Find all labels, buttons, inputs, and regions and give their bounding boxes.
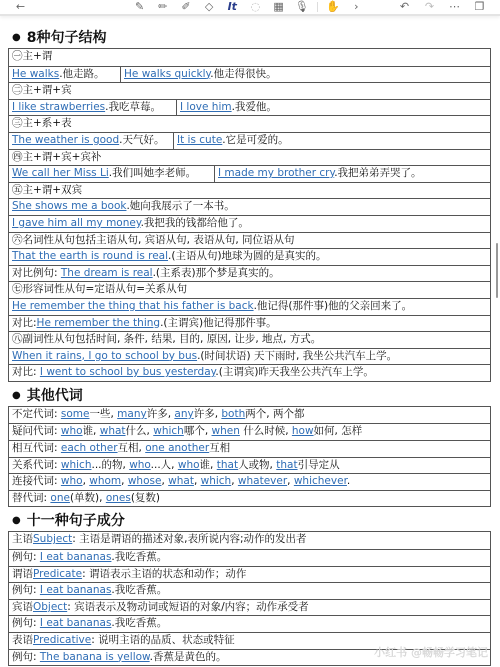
pen-icon[interactable]: ✎ — [132, 1, 148, 13]
pronoun-meaning: (复数) — [131, 492, 160, 504]
pronoun-meaning: 一些, — [89, 408, 117, 420]
structure-heading: ㊂主+系+表 — [9, 116, 72, 132]
pronoun-link[interactable]: who — [178, 459, 200, 471]
pronoun-link[interactable]: any — [174, 408, 193, 420]
pronoun-link[interactable]: which — [61, 459, 92, 471]
pronoun-link[interactable]: some — [61, 408, 90, 420]
toolbar-right: ↶ ↷ ⋯ ❐ — [392, 0, 492, 14]
table-row: We call her Miss Li.我们叫她李老师。 I made my b… — [9, 165, 490, 182]
more-icon[interactable]: ⋯ — [447, 1, 463, 13]
table-row: 对比:He remember the thing.(主谓宾)他记得那件事。 — [9, 315, 490, 332]
bullet-icon: ● — [12, 515, 21, 526]
example-translation: .(主系表)那个梦是真实的。 — [153, 267, 280, 279]
table-row: ㊇副词性从句包括时间, 条件, 结果, 目的, 原因, 让步, 地点, 方式。 — [9, 331, 490, 348]
pronoun-row-cell: 不定代词: some一些, many许多, any许多, both两个, 两个都 — [9, 407, 304, 424]
microphone-icon[interactable]: 🎙 — [294, 1, 310, 13]
example-label: 例句: — [12, 651, 40, 663]
table-row: When it rains, I go to school by bus.(时间… — [9, 348, 490, 365]
table-row: 对比例句: The dream is real.(主系表)那个梦是真实的。 — [9, 265, 490, 282]
pronoun-link[interactable]: whose — [128, 475, 162, 487]
example-translation: .香蕉是黄色的。 — [150, 651, 227, 663]
pronoun-link[interactable]: one another — [145, 442, 209, 454]
pronoun-meaning: 谁, — [83, 425, 100, 437]
component-description: : 宾语表示及物动词或短语的对象/内容；动作承受者 — [67, 601, 308, 613]
table-row: He remember the thing that his father is… — [9, 298, 490, 315]
table-row: 例句: I eat bananas.我吃香蕉。 — [9, 615, 490, 632]
structure-heading: ㊅名词性从句包括主语从句, 宾语从句, 表语从句, 同位语从句 — [9, 233, 295, 249]
table-row: 替代词: one(单数), ones(复数) — [9, 490, 490, 507]
example-link[interactable]: I eat bananas — [40, 584, 112, 596]
text-tool-icon[interactable]: It — [224, 1, 240, 13]
example-translation: .我把弟弟弄哭了。 — [334, 167, 421, 179]
example-translation: .他走路。 — [59, 68, 104, 80]
pronoun-link[interactable]: many — [117, 408, 147, 420]
example-translation: .我吃香蕉。 — [111, 551, 167, 563]
pronoun-row-cell: 相互代词: each other互相, one another互相 — [9, 441, 230, 457]
example-cell: I love him.我爱他。 — [176, 100, 490, 116]
example-link[interactable]: I made my brother cry — [218, 167, 334, 179]
pronoun-link[interactable]: whatever — [238, 475, 287, 487]
pronoun-link[interactable]: that — [217, 459, 238, 471]
pronoun-meaning: , — [121, 475, 128, 487]
example-cell: He walks quickly.他走得很快。 — [120, 67, 490, 83]
pronoun-link[interactable]: which — [201, 475, 232, 487]
component-description: : 说明主语的品质、状态或特征 — [91, 634, 234, 646]
table-row: 谓语Predicate: 谓语表示主语的状态和动作；动作 — [9, 566, 490, 583]
table-row: ㊆形容词性从句=定语从句=关系从句 — [9, 281, 490, 298]
pronoun-meaning: 引导定从 — [298, 459, 340, 471]
pronoun-meaning: 如何, 怎样 — [314, 425, 363, 437]
component-label: 谓语 — [12, 568, 33, 580]
example-link[interactable]: That the earth is round is real — [12, 250, 168, 262]
table-row: 例句: I eat bananas.我吃香蕉。 — [9, 582, 490, 599]
pronoun-link[interactable]: who — [61, 475, 83, 487]
example-translation: .她向我展示了一本书。 — [126, 200, 234, 212]
example-link[interactable]: He remember the thing that his father is… — [12, 300, 254, 312]
hand-icon[interactable]: ✋ — [325, 1, 341, 13]
example-cell: I made my brother cry.我把弟弟弄哭了。 — [214, 166, 490, 182]
pronoun-meaning: . — [347, 475, 350, 487]
pronoun-category-label: 不定代词: — [12, 408, 61, 420]
pronoun-link[interactable]: whom — [89, 475, 121, 487]
example-cell: I like strawberries.我吃草莓。 — [9, 100, 176, 116]
component-link[interactable]: Predicative — [33, 634, 91, 646]
example-translation: .天气好。 — [119, 134, 164, 146]
table-row: ㊅名词性从句包括主语从句, 宾语从句, 表语从句, 同位语从句 — [9, 232, 490, 249]
structure-heading: ㊃主+谓+宾+宾补 — [9, 150, 101, 166]
structure-heading: ㊀主+谓 — [9, 49, 52, 66]
pronoun-link[interactable]: both — [221, 408, 245, 420]
table-row: ㊃主+谓+宾+宾补 — [9, 149, 490, 166]
component-link[interactable]: Object — [33, 601, 67, 613]
example-cell: The weather is good.天气好。 — [9, 133, 173, 149]
table-row: 疑问代词: who谁, what什么, which哪个, when 什么时候, … — [9, 423, 490, 440]
component-link[interactable]: Predicate — [33, 568, 82, 580]
pencil-icon[interactable]: ✏ — [155, 1, 171, 13]
structure-heading: ㊇副词性从句包括时间, 条件, 结果, 目的, 原因, 让步, 地点, 方式。 — [9, 332, 321, 348]
table-row: ㊄主+谓+双宾 — [9, 182, 490, 199]
table-row: I gave him all my money.我把我的钱都给他了。 — [9, 215, 490, 232]
component-description: : 谓语表示主语的状态和动作；动作 — [82, 568, 246, 580]
table-row: The weather is good.天气好。 It is cute.它是可爱… — [9, 132, 490, 149]
pronoun-link[interactable]: that — [276, 459, 297, 471]
redo-icon[interactable]: ↷ — [422, 1, 438, 13]
table-row: 相互代词: each other互相, one another互相 — [9, 440, 490, 457]
bullet-icon: ● — [12, 32, 21, 43]
structure-heading: ㊁主+谓+宾 — [9, 83, 72, 99]
pronoun-category-label: 连接代词: — [12, 475, 61, 487]
table-row: She shows me a book.她向我展示了一本书。 — [9, 198, 490, 215]
example-translation: .我爱他。 — [232, 101, 277, 113]
pronoun-table: 不定代词: some一些, many许多, any许多, both两个, 两个都… — [8, 406, 491, 508]
table-row: That the earth is round is real.(主语从句)地球… — [9, 248, 490, 265]
table-row: 关系代词: which...的物, who...人, who谁, that人或物… — [9, 457, 490, 474]
table-row: He walks.他走路。 He walks quickly.他走得很快。 — [9, 66, 490, 83]
example-link[interactable]: She shows me a book — [12, 200, 126, 212]
image-icon[interactable]: ▦ — [271, 1, 287, 13]
table-row: 主语Subject: 主语是谓语的描述对象,表所说内容;动作的发出者 — [9, 532, 490, 549]
pronoun-meaning: 人或物, — [238, 459, 276, 471]
pronoun-link[interactable]: each other — [61, 442, 118, 454]
chevron-right-icon[interactable]: › — [348, 1, 364, 13]
pronoun-category-label: 关系代词: — [12, 459, 61, 471]
pronoun-meaning: 互相, — [118, 442, 146, 454]
pronoun-row-cell: 连接代词: who, whom, whose, what, which, wha… — [9, 474, 350, 490]
example-translation: .我吃香蕉。 — [111, 617, 167, 629]
example-translation: .他走得很快。 — [210, 68, 276, 80]
example-translation: .他记得(那件事)他的父亲回来了。 — [254, 300, 413, 312]
pronoun-meaning: ...人, — [151, 459, 178, 471]
pronoun-category-label: 相互代词: — [12, 442, 61, 454]
component-label: 表语 — [12, 634, 33, 646]
pronoun-link[interactable]: whichever — [294, 475, 347, 487]
example-label: 例句: — [12, 551, 40, 563]
example-translation: .我吃香蕉。 — [111, 584, 167, 596]
pronoun-meaning: 两个, 两个都 — [245, 408, 304, 420]
pronoun-meaning: 许多, — [194, 408, 222, 420]
pronoun-link[interactable]: which — [153, 425, 184, 437]
pronoun-link[interactable]: what — [168, 475, 194, 487]
table-row: 例句: I eat bananas.我吃香蕉。 — [9, 549, 490, 566]
example-link[interactable]: The dream is real — [61, 267, 153, 279]
component-label: 主语 — [12, 533, 33, 545]
pronoun-meaning: , — [194, 475, 201, 487]
example-cell: It is cute.它是可爱的。 — [173, 133, 490, 149]
component-label: 宾语 — [12, 601, 33, 613]
undo-icon[interactable]: ↶ — [397, 1, 413, 13]
example-translation: .它是可爱的。 — [222, 134, 288, 146]
example-link[interactable]: The weather is good — [12, 134, 119, 146]
example-translation: .(主谓宾)昨天我坐公共汽车上学。 — [215, 366, 374, 378]
pronoun-link[interactable]: how — [292, 425, 314, 437]
example-link[interactable]: I eat bananas — [40, 551, 112, 563]
pronoun-meaning: 许多, — [147, 408, 175, 420]
table-row: I like strawberries.我吃草莓。 I love him.我爱他… — [9, 99, 490, 116]
table-row: 不定代词: some一些, many许多, any许多, both两个, 两个都 — [9, 407, 490, 424]
section-title-other-pronouns: ●其他代词 — [8, 385, 492, 406]
example-link[interactable]: He walks — [12, 68, 59, 80]
pronoun-link[interactable]: who — [61, 425, 83, 437]
table-row: ㊀主+谓 — [9, 49, 490, 66]
pronoun-link[interactable]: when — [212, 425, 240, 437]
compare-label: 对比例句: — [12, 267, 61, 279]
top-toolbar: ← ✎ ✏ ✐ ◇ It ◌ ▦ 🎙 ✋ › ↶ ↷ ⋯ ❐ — [0, 0, 500, 16]
table-row: ㊂主+系+表 — [9, 115, 490, 132]
example-link[interactable]: I went to school by bus yesterday — [40, 366, 216, 378]
note-content: ●8种句子结构 ㊀主+谓 He walks.他走路。 He walks quic… — [8, 27, 492, 666]
example-cell: We call her Miss Li.我们叫她李老师。 — [9, 166, 214, 182]
toolbar-divider — [317, 2, 318, 12]
table-row: 连接代词: who, whom, whose, what, which, wha… — [9, 473, 490, 490]
pages-icon[interactable]: ❐ — [472, 1, 488, 13]
compare-label: 对比: — [12, 366, 40, 378]
example-translation: .我把我的钱都给他了。 — [141, 217, 249, 229]
table-row: 对比: I went to school by bus yesterday.(主… — [9, 364, 490, 381]
example-link[interactable]: He remember the thing — [37, 317, 161, 329]
example-link[interactable]: He walks quickly — [124, 68, 210, 80]
bullet-icon: ● — [12, 390, 21, 401]
pronoun-row-cell: 疑问代词: who谁, what什么, which哪个, when 什么时候, … — [9, 424, 362, 440]
example-label: 例句: — [12, 617, 40, 629]
pronoun-link[interactable]: ones — [106, 492, 131, 504]
pronoun-meaning: 互相 — [209, 442, 230, 454]
watermark: 小红书 @畅畅学习笔记 — [374, 644, 488, 660]
example-link[interactable]: It is cute — [177, 134, 222, 146]
pronoun-meaning: , — [287, 475, 294, 487]
pronoun-category-label: 疑问代词: — [12, 425, 61, 437]
example-link[interactable]: We call her Miss Li — [12, 167, 109, 179]
example-translation: .我们叫她李老师。 — [109, 167, 196, 179]
structure-heading: ㊄主+谓+双宾 — [9, 183, 82, 199]
pronoun-meaning: 什么时候, — [240, 425, 292, 437]
pronoun-row-cell: 替代词: one(单数), ones(复数) — [9, 491, 160, 507]
example-link[interactable]: I love him — [180, 101, 232, 113]
example-link[interactable]: I gave him all my money — [12, 217, 141, 229]
pronoun-category-label: 替代词: — [12, 492, 50, 504]
table-row: 宾语Object: 宾语表示及物动词或短语的对象/内容；动作承受者 — [9, 599, 490, 616]
highlighter-icon[interactable]: ✐ — [178, 1, 194, 13]
vertical-scrollbar[interactable] — [496, 243, 498, 298]
example-translation: .(时间状语) 天下雨时, 我坐公共汽车上学。 — [197, 350, 397, 362]
pronoun-link[interactable]: what — [100, 425, 126, 437]
pronoun-link[interactable]: one — [50, 492, 70, 504]
example-label: 例句: — [12, 584, 40, 596]
sentence-structure-table: ㊀主+谓 He walks.他走路。 He walks quickly.他走得很… — [8, 48, 491, 382]
pronoun-meaning: 谁, — [200, 459, 217, 471]
example-cell: He walks.他走路。 — [9, 67, 120, 83]
example-translation: .我吃草莓。 — [105, 101, 161, 113]
pronoun-meaning: 什么, — [126, 425, 154, 437]
section-title-text: 十一种句子成分 — [27, 513, 125, 529]
example-link[interactable]: I like strawberries — [12, 101, 105, 113]
component-description: : 主语是谓语的描述对象,表所说内容;动作的发出者 — [72, 533, 306, 545]
example-translation: .(主谓宾)他记得那件事。 — [160, 317, 277, 329]
pronoun-row-cell: 关系代词: which...的物, who...人, who谁, that人或物… — [9, 458, 340, 474]
example-translation: .(主语从句)地球为圆的是真实的。 — [168, 250, 327, 262]
compare-label: 对比: — [12, 317, 37, 329]
toolbar-left: ← — [8, 0, 33, 14]
pronoun-meaning: ...的物, — [91, 459, 129, 471]
pronoun-link[interactable]: who — [129, 459, 150, 471]
table-row: ㊁主+谓+宾 — [9, 82, 490, 99]
component-link[interactable]: Subject — [33, 533, 72, 545]
back-arrow-icon[interactable]: ← — [13, 1, 29, 13]
pronoun-meaning: 哪个, — [184, 425, 212, 437]
example-link[interactable]: The banana is yellow — [40, 651, 150, 663]
section-title-sentence-structures: ●8种句子结构 — [8, 27, 492, 48]
toolbar-tools: ✎ ✏ ✐ ◇ It ◌ ▦ 🎙 ✋ › — [128, 0, 368, 14]
pronoun-meaning: , — [231, 475, 238, 487]
section-title-text: 8种句子结构 — [27, 30, 107, 46]
example-link[interactable]: When it rains, I go to school by bus — [12, 350, 197, 362]
section-title-sentence-components: ●十一种句子成分 — [8, 510, 492, 531]
section-title-text: 其他代词 — [27, 388, 83, 404]
example-link[interactable]: I eat bananas — [40, 617, 112, 629]
pronoun-meaning: (单数), — [70, 492, 106, 504]
lasso-icon[interactable]: ◌ — [247, 1, 263, 13]
eraser-icon[interactable]: ◇ — [201, 1, 217, 13]
structure-heading: ㊆形容词性从句=定语从句=关系从句 — [9, 282, 187, 298]
